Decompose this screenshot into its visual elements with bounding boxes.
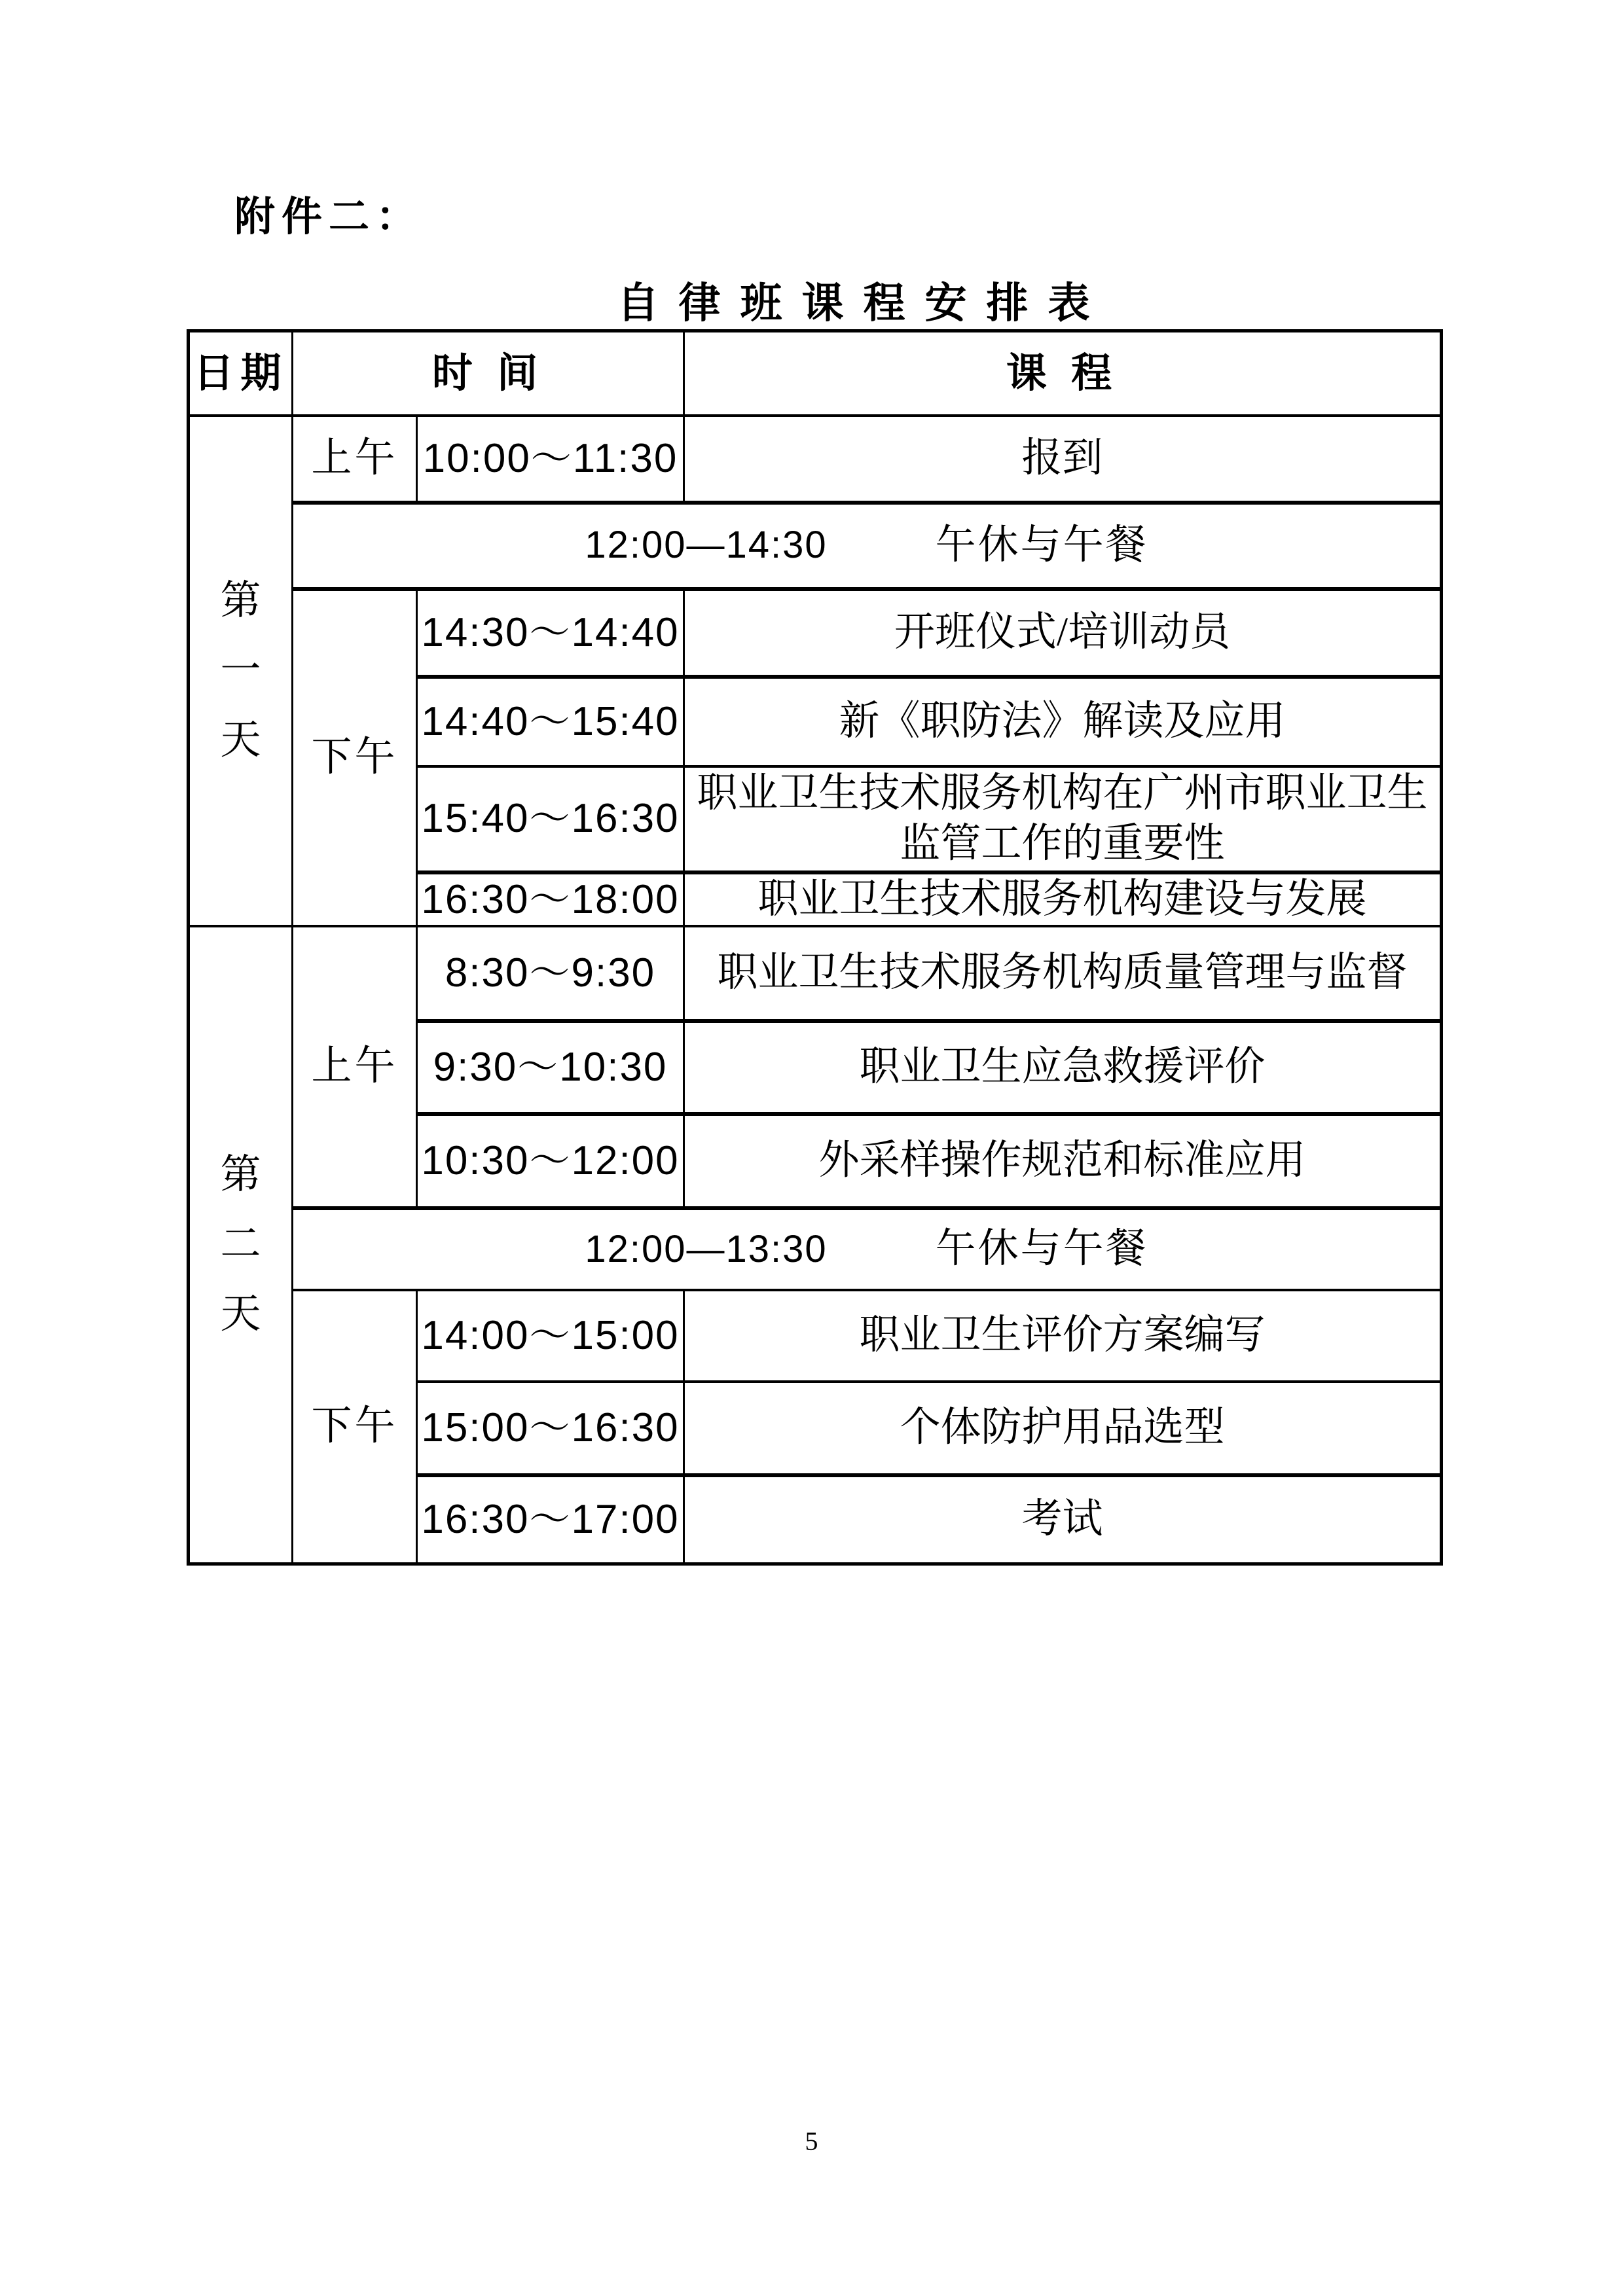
day2-label-cell: 第二天	[189, 926, 293, 1564]
day2-morning-label: 上午	[293, 926, 417, 1208]
table-row-day2-morning: 第二天 上午 8:30～9:30 职业卫生技术服务机构质量管理与监督	[189, 926, 1442, 1021]
day1-label: 第一天	[219, 566, 263, 776]
table-row-day1-lunch: 12:00—14:30 午休与午餐	[189, 503, 1442, 589]
time-cell: 10:00～11:30	[417, 416, 684, 503]
header-date: 日期	[189, 331, 293, 416]
lunch-label: 午休与午餐	[936, 520, 1148, 571]
lunch-content: 12:00—13:30 午休与午餐	[293, 1224, 1440, 1275]
document-page: 附件二： 自 律 班 课 程 安 排 表 日期 时 间 课 程 第一天 上午 1…	[0, 0, 1623, 2296]
table-row: 下午 14:30～14:40 开班仪式/培训动员	[189, 589, 1442, 677]
lunch-time: 12:00—14:30	[585, 522, 827, 569]
day1-afternoon-label: 下午	[293, 589, 417, 927]
course-cell: 考试	[684, 1475, 1442, 1564]
time-cell: 14:30～14:40	[417, 589, 684, 677]
header-time: 时 间	[293, 331, 684, 416]
course-cell: 职业卫生应急救援评价	[684, 1021, 1442, 1114]
time-cell: 14:40～15:40	[417, 677, 684, 766]
table-header-row: 日期 时 间 课 程	[189, 331, 1442, 416]
time-cell: 16:30～17:00	[417, 1475, 684, 1564]
schedule-table: 日期 时 间 课 程 第一天 上午 10:00～11:30 报到 12:00—1…	[187, 329, 1443, 1566]
day1-morning-label: 上午	[293, 416, 417, 503]
time-cell: 14:00～15:00	[417, 1290, 684, 1382]
table-row-day2-lunch: 12:00—13:30 午休与午餐	[189, 1208, 1442, 1290]
day2-lunch-cell: 12:00—13:30 午休与午餐	[293, 1208, 1442, 1290]
course-cell: 个体防护用品选型	[684, 1382, 1442, 1475]
course-cell: 职业卫生评价方案编写	[684, 1290, 1442, 1382]
attachment-label: 附件二：	[234, 184, 423, 242]
lunch-label: 午休与午餐	[936, 1224, 1148, 1275]
day1-label-cell: 第一天	[189, 416, 293, 927]
table-row-day1-morning: 第一天 上午 10:00～11:30 报到	[189, 416, 1442, 503]
course-cell: 新《职防法》解读及应用	[684, 677, 1442, 766]
day2-afternoon-label: 下午	[293, 1290, 417, 1564]
lunch-content: 12:00—14:30 午休与午餐	[293, 520, 1440, 571]
time-cell: 8:30～9:30	[417, 926, 684, 1021]
time-cell: 15:00～16:30	[417, 1382, 684, 1475]
time-cell: 10:30～12:00	[417, 1114, 684, 1208]
lunch-time: 12:00—13:30	[585, 1226, 827, 1274]
course-cell: 开班仪式/培训动员	[684, 589, 1442, 677]
course-cell: 职业卫生技术服务机构在广州市职业卫生监管工作的重要性	[684, 766, 1442, 872]
day1-lunch-cell: 12:00—14:30 午休与午餐	[293, 503, 1442, 589]
time-cell: 15:40～16:30	[417, 766, 684, 872]
course-cell: 报到	[684, 416, 1442, 503]
time-cell: 16:30～18:00	[417, 872, 684, 927]
page-title: 自 律 班 课 程 安 排 表	[187, 270, 1440, 330]
day2-label: 第二天	[219, 1140, 263, 1350]
table-row: 下午 14:00～15:00 职业卫生评价方案编写	[189, 1290, 1442, 1382]
time-cell: 9:30～10:30	[417, 1021, 684, 1114]
page-number: 5	[0, 2126, 1623, 2157]
course-cell: 职业卫生技术服务机构质量管理与监督	[684, 926, 1442, 1021]
course-cell: 职业卫生技术服务机构建设与发展	[684, 872, 1442, 927]
course-cell: 外采样操作规范和标准应用	[684, 1114, 1442, 1208]
header-course: 课 程	[684, 331, 1442, 416]
